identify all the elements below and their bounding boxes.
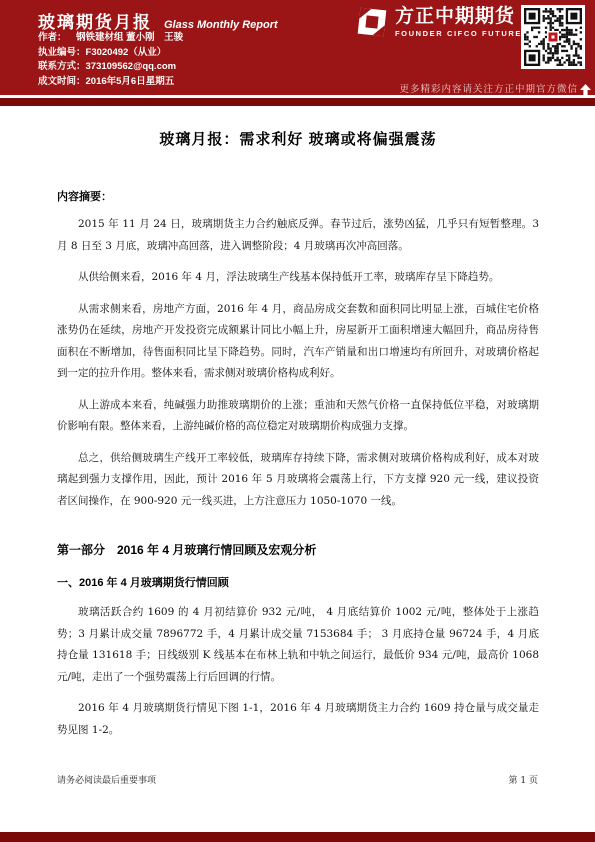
page-footer: 请务必阅读最后重要事项 第 1 页 bbox=[57, 773, 538, 786]
wechat-note-text: 更多精彩内容请关注方正中期官方微信 bbox=[399, 81, 578, 95]
report-meta-fields: 作者： 钢铁建材组 董小刚 王骏 执业编号： F3020492（从业） 联系方式… bbox=[38, 31, 183, 90]
footer-bar bbox=[0, 832, 595, 842]
brand-block: 方正中期期货 FOUNDER CIFCO FUTURES bbox=[357, 7, 529, 38]
brand-text: 方正中期期货 FOUNDER CIFCO FUTURES bbox=[395, 7, 529, 38]
header-separator-bar bbox=[0, 98, 595, 106]
summary-paragraph: 从需求侧来看，房地产方面，2016 年 4 月，商品房成交套数和面积同比明显上涨… bbox=[57, 299, 539, 385]
summary-paragraph: 2015 年 11 月 24 日，玻璃期货主力合约触底反弹。春节过后，涨势凶猛，… bbox=[57, 214, 539, 257]
document-title: 玻璃月报：需求利好 玻璃或将偏强震荡 bbox=[57, 128, 539, 149]
report-title-row: 玻璃期货月报Glass Monthly Report bbox=[38, 8, 278, 33]
license-label: 执业编号： bbox=[38, 46, 86, 61]
contact-row: 联系方式： 373109562@qq.com bbox=[38, 60, 183, 75]
author-row: 作者： 钢铁建材组 董小刚 王骏 bbox=[38, 31, 183, 46]
license-row: 执业编号： F3020492（从业） bbox=[38, 46, 183, 61]
summary-paragraph: 从供给侧来看，2016 年 4 月，浮法玻璃生产线基本保持低开工率，玻璃库存呈下… bbox=[57, 267, 539, 289]
report-title-en: Glass Monthly Report bbox=[164, 19, 278, 31]
up-arrow-icon bbox=[580, 82, 591, 95]
section-paragraph: 玻璃活跃合约 1609 的 4 月初结算价 932 元/吨， 4 月底结算价 1… bbox=[57, 602, 539, 688]
footer-disclaimer: 请务必阅读最后重要事项 bbox=[57, 773, 156, 786]
founder-logo-icon bbox=[357, 7, 387, 37]
report-page: 玻璃期货月报Glass Monthly Report 作者： 钢铁建材组 董小刚… bbox=[0, 0, 595, 842]
section1-heading: 第一部分 2016 年 4 月玻璃行情回顾及宏观分析 bbox=[57, 541, 539, 558]
brand-name-en: FOUNDER CIFCO FUTURES bbox=[395, 29, 529, 38]
summary-paragraph: 总之，供给侧玻璃生产线开工率较低，玻璃库存持续下降，需求侧对玻璃价格构成利好，成… bbox=[57, 448, 539, 513]
summary-paragraph: 从上游成本来看，纯碱强力助推玻璃期价的上涨；重油和天然气价格一直保持低位平稳，对… bbox=[57, 395, 539, 438]
summary-heading: 内容摘要： bbox=[57, 188, 539, 204]
author-value: 钢铁建材组 董小刚 王骏 bbox=[76, 31, 183, 46]
subsection1-heading: 一、2016 年 4 月玻璃期货行情回顾 bbox=[57, 574, 539, 590]
document-body: 玻璃月报：需求利好 玻璃或将偏强震荡 内容摘要： 2015 年 11 月 24 … bbox=[57, 106, 539, 741]
footer-page-number: 第 1 页 bbox=[509, 773, 538, 786]
date-label: 成文时间： bbox=[38, 75, 86, 90]
author-label: 作者： bbox=[38, 31, 76, 46]
wechat-qr-code bbox=[521, 5, 585, 69]
contact-label: 联系方式： bbox=[38, 60, 86, 75]
report-title-cn: 玻璃期货月报 bbox=[38, 13, 152, 32]
date-row: 成文时间： 2016年5月6日星期五 bbox=[38, 75, 183, 90]
date-value: 2016年5月6日星期五 bbox=[86, 75, 175, 90]
masthead: 玻璃期货月报Glass Monthly Report 作者： 钢铁建材组 董小刚… bbox=[0, 0, 595, 95]
contact-value: 373109562@qq.com bbox=[86, 60, 177, 75]
brand-name-cn: 方正中期期货 bbox=[395, 7, 529, 27]
section-paragraph: 2016 年 4 月玻璃期货行情见下图 1-1，2016 年 4 月玻璃期货主力… bbox=[57, 698, 539, 741]
wechat-note-row: 更多精彩内容请关注方正中期官方微信 bbox=[399, 81, 591, 95]
license-value: F3020492（从业） bbox=[86, 46, 167, 61]
